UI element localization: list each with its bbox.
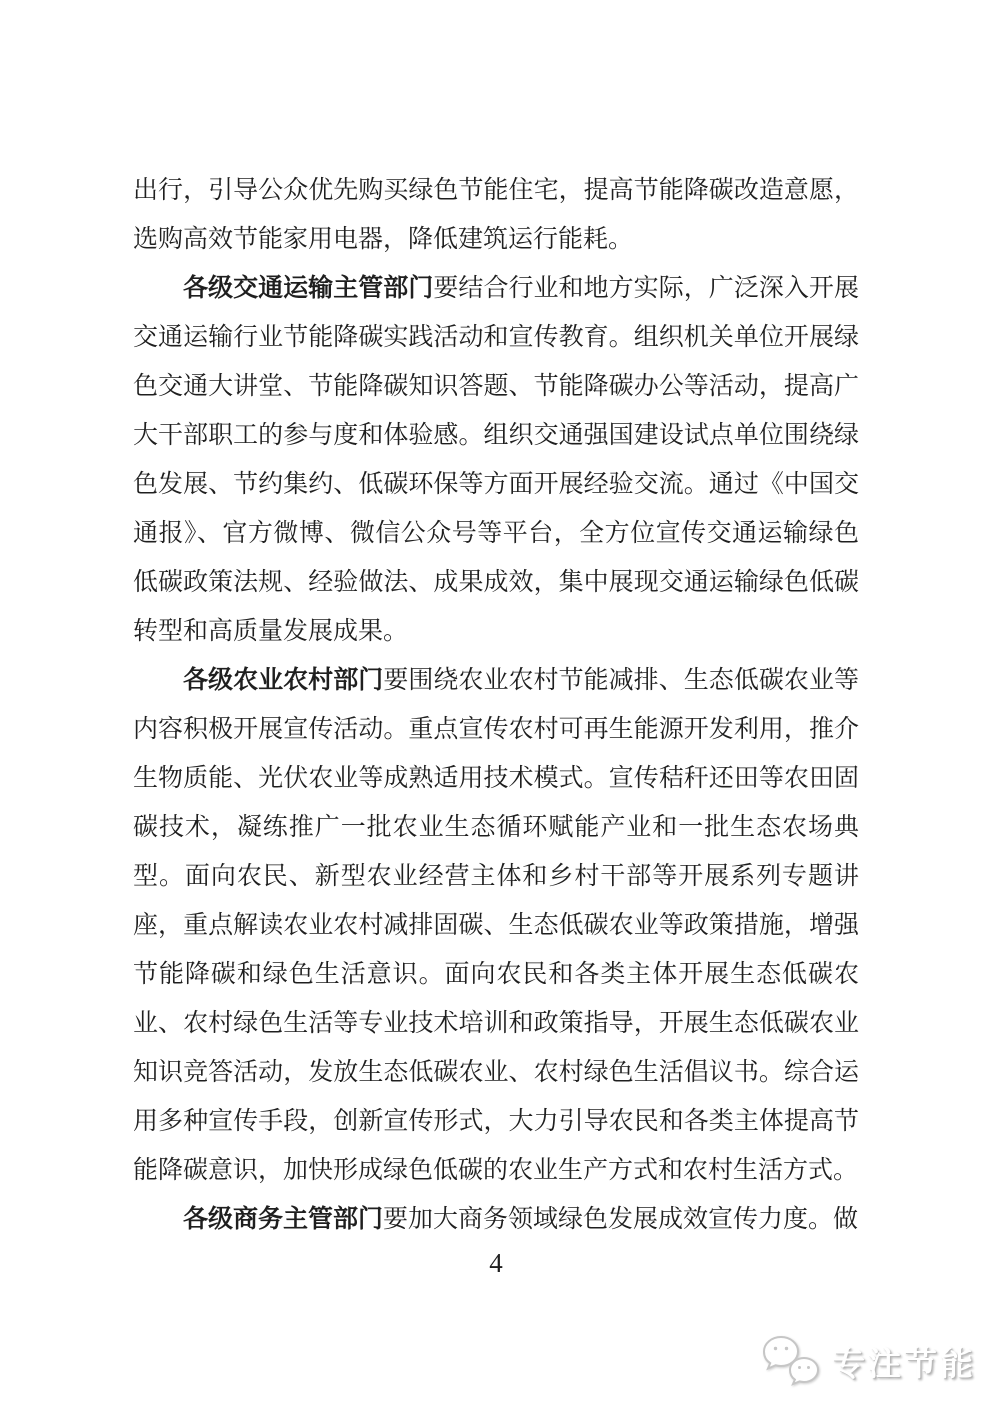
paragraph-text: 要围绕农业农村节能减排、生态低碳农业等内容积极开展宣传活动。重点宣传农村可再生能… [133,667,859,1184]
paragraph-text: 出行，引导公众优先购买绿色节能住宅，提高节能降碳改造意愿，选购高效节能家用电器，… [133,177,859,253]
paragraph: 出行，引导公众优先购买绿色节能住宅，提高节能降碳改造意愿，选购高效节能家用电器，… [133,166,859,264]
document-page: 出行，引导公众优先购买绿色节能住宅，提高节能降碳改造意愿，选购高效节能家用电器，… [0,0,992,1403]
page-number: 4 [0,1246,992,1280]
paragraph: 各级商务主管部门要加大商务领域绿色发展成效宣传力度。做 [133,1195,859,1244]
paragraph: 各级农业农村部门要围绕农业农村节能减排、生态低碳农业等内容积极开展宣传活动。重点… [133,656,859,1195]
paragraph-text: 要加大商务领域绿色发展成效宣传力度。做 [383,1206,858,1233]
wechat-icon [760,1334,822,1388]
document-body: 出行，引导公众优先购买绿色节能住宅，提高节能降碳改造意愿，选购高效节能家用电器，… [133,166,859,1244]
paragraph: 各级交通运输主管部门要结合行业和地方实际，广泛深入开展交通运输行业节能降碳实践活… [133,264,859,656]
paragraph-lead: 各级农业农村部门 [183,667,383,694]
watermark: 专注节能 [760,1334,976,1388]
paragraph-lead: 各级交通运输主管部门 [183,275,433,302]
watermark-label: 专注节能 [832,1338,976,1385]
paragraph-text: 要结合行业和地方实际，广泛深入开展交通运输行业节能降碳实践活动和宣传教育。组织机… [133,275,859,645]
paragraph-lead: 各级商务主管部门 [183,1206,383,1233]
